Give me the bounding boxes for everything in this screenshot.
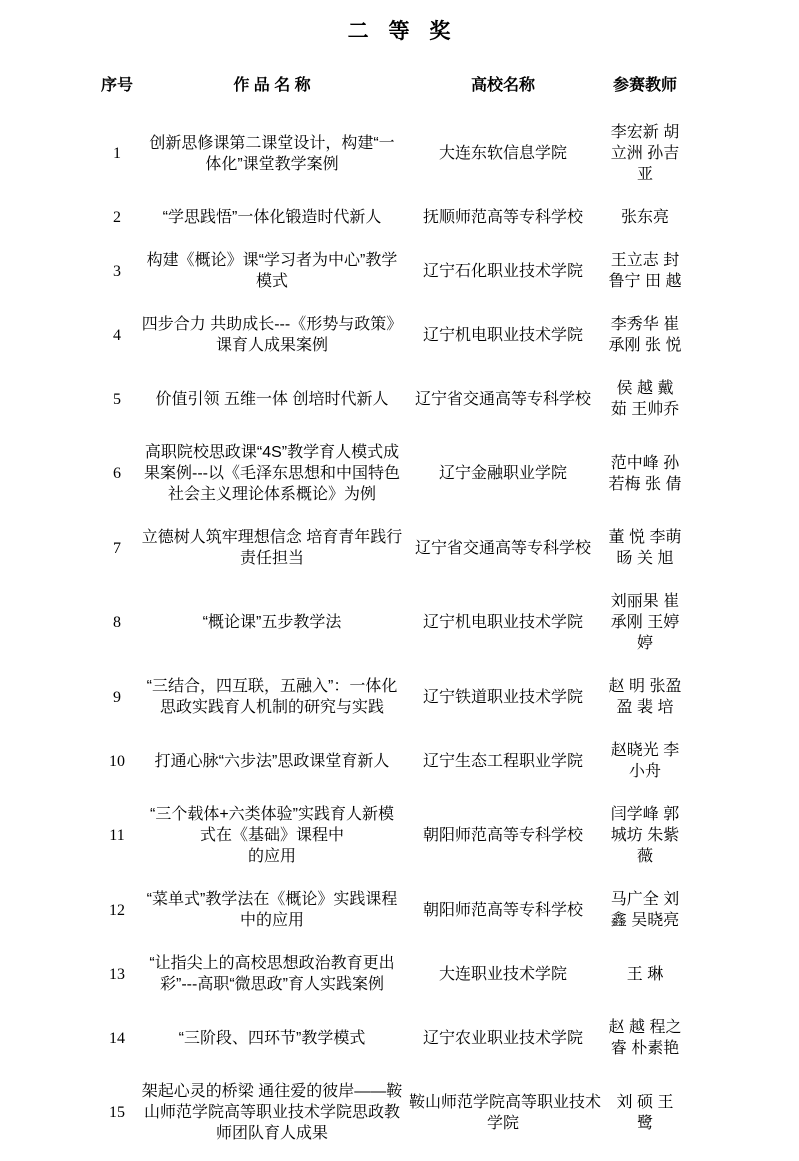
- work-title: “三阶段、四环节”教学模式: [137, 1006, 407, 1070]
- row-index: 13: [97, 942, 137, 1006]
- college-name: 辽宁省交通高等专科学校: [407, 367, 599, 431]
- college-name: 辽宁机电职业技术学院: [407, 580, 599, 665]
- row-index: 15: [97, 1070, 137, 1155]
- teacher-names: 范中峰 孙 若梅 张 倩: [599, 431, 691, 516]
- row-index: 12: [97, 878, 137, 942]
- table-row: 7立德树人筑牢理想信念 培育青年践行 责任担当辽宁省交通高等专科学校董 悦 李萌…: [97, 516, 691, 580]
- work-title: 创新思修课第二课堂设计，构建“一 体化”课堂教学案例: [137, 111, 407, 196]
- college-name: 辽宁省交通高等专科学校: [407, 516, 599, 580]
- college-name: 辽宁石化职业技术学院: [407, 239, 599, 303]
- teacher-names: 闫学峰 郭 城坊 朱紫 薇: [599, 793, 691, 878]
- college-name: 大连东软信息学院: [407, 111, 599, 196]
- college-name: 大连职业技术学院: [407, 942, 599, 1006]
- row-index: 7: [97, 516, 137, 580]
- table-row: 9“三结合，四互联，五融入”：一体化 思政实践育人机制的研究与实践辽宁铁道职业技…: [97, 665, 691, 729]
- row-index: 2: [97, 196, 137, 239]
- table-row: 4四步合力 共助成长---《形势与政策》 课育人成果案例辽宁机电职业技术学院李秀…: [97, 303, 691, 367]
- col-header-index: 序号: [97, 76, 137, 111]
- work-title: 构建《概论》课“学习者为中心”教学 模式: [137, 239, 407, 303]
- college-name: 朝阳师范高等专科学校: [407, 878, 599, 942]
- table-row: 5价值引领 五维一体 创培时代新人辽宁省交通高等专科学校侯 越 戴 茹 王帅乔: [97, 367, 691, 431]
- teacher-names: 刘 硕 王 鹭: [599, 1070, 691, 1155]
- college-name: 辽宁生态工程职业学院: [407, 729, 599, 793]
- college-name: 辽宁铁道职业技术学院: [407, 665, 599, 729]
- awards-table: 序号 作 品 名 称 高校名称 参赛教师 1创新思修课第二课堂设计，构建“一 体…: [97, 76, 691, 1155]
- row-index: 9: [97, 665, 137, 729]
- work-title: 价值引领 五维一体 创培时代新人: [137, 367, 407, 431]
- teacher-names: 刘丽果 崔 承刚 王婷 婷: [599, 580, 691, 665]
- row-index: 10: [97, 729, 137, 793]
- college-name: 抚顺师范高等专科学校: [407, 196, 599, 239]
- work-title: “三结合，四互联，五融入”：一体化 思政实践育人机制的研究与实践: [137, 665, 407, 729]
- row-index: 4: [97, 303, 137, 367]
- table-row: 10打通心脉“六步法”思政课堂育新人辽宁生态工程职业学院赵晓光 李 小舟: [97, 729, 691, 793]
- teacher-names: 马广全 刘 鑫 吴晓亮: [599, 878, 691, 942]
- row-index: 6: [97, 431, 137, 516]
- table-row: 15架起心灵的桥梁 通往爱的彼岸——鞍 山师范学院高等职业技术学院思政教 师团队…: [97, 1070, 691, 1155]
- work-title: “三个载体+六类体验”实践育人新模 式在《基础》课程中 的应用: [137, 793, 407, 878]
- teacher-names: 董 悦 李萌 旸 关 旭: [599, 516, 691, 580]
- table-row: 2“学思践悟”一体化锻造时代新人抚顺师范高等专科学校张东亮: [97, 196, 691, 239]
- table-row: 8“概论课”五步教学法辽宁机电职业技术学院刘丽果 崔 承刚 王婷 婷: [97, 580, 691, 665]
- teacher-names: 王立志 封 鲁宁 田 越: [599, 239, 691, 303]
- work-title: “概论课”五步教学法: [137, 580, 407, 665]
- work-title: 立德树人筑牢理想信念 培育青年践行 责任担当: [137, 516, 407, 580]
- college-name: 辽宁机电职业技术学院: [407, 303, 599, 367]
- table-row: 14“三阶段、四环节”教学模式辽宁农业职业技术学院赵 越 程之 睿 朴素艳: [97, 1006, 691, 1070]
- work-title: “让指尖上的高校思想政治教育更出 彩”---高职“微思政”育人实践案例: [137, 942, 407, 1006]
- table-row: 1创新思修课第二课堂设计，构建“一 体化”课堂教学案例大连东软信息学院李宏新 胡…: [97, 111, 691, 196]
- college-name: 辽宁金融职业学院: [407, 431, 599, 516]
- row-index: 11: [97, 793, 137, 878]
- college-name: 辽宁农业职业技术学院: [407, 1006, 599, 1070]
- teacher-names: 王 琳: [599, 942, 691, 1006]
- table-row: 12“菜单式”教学法在《概论》实践课程 中的应用朝阳师范高等专科学校马广全 刘 …: [97, 878, 691, 942]
- teacher-names: 李秀华 崔 承刚 张 悦: [599, 303, 691, 367]
- work-title: “学思践悟”一体化锻造时代新人: [137, 196, 407, 239]
- row-index: 1: [97, 111, 137, 196]
- teacher-names: 赵 明 张盈 盈 裴 培: [599, 665, 691, 729]
- teacher-names: 张东亮: [599, 196, 691, 239]
- row-index: 5: [97, 367, 137, 431]
- row-index: 3: [97, 239, 137, 303]
- table-header-row: 序号 作 品 名 称 高校名称 参赛教师: [97, 76, 691, 111]
- college-name: 鞍山师范学院高等职业技术 学院: [407, 1070, 599, 1155]
- teacher-names: 赵 越 程之 睿 朴素艳: [599, 1006, 691, 1070]
- work-title: 打通心脉“六步法”思政课堂育新人: [137, 729, 407, 793]
- col-header-college-name: 高校名称: [407, 76, 599, 111]
- table-row: 13“让指尖上的高校思想政治教育更出 彩”---高职“微思政”育人实践案例大连职…: [97, 942, 691, 1006]
- row-index: 14: [97, 1006, 137, 1070]
- teacher-names: 李宏新 胡 立洲 孙吉 亚: [599, 111, 691, 196]
- work-title: 高职院校思政课“4S”教学育人模式成 果案例---以《毛泽东思想和中国特色 社会…: [137, 431, 407, 516]
- table-row: 6高职院校思政课“4S”教学育人模式成 果案例---以《毛泽东思想和中国特色 社…: [97, 431, 691, 516]
- table-row: 3构建《概论》课“学习者为中心”教学 模式辽宁石化职业技术学院王立志 封 鲁宁 …: [97, 239, 691, 303]
- table-row: 11“三个载体+六类体验”实践育人新模 式在《基础》课程中 的应用朝阳师范高等专…: [97, 793, 691, 878]
- work-title: 架起心灵的桥梁 通往爱的彼岸——鞍 山师范学院高等职业技术学院思政教 师团队育人…: [137, 1070, 407, 1155]
- page-title: 二 等 奖: [0, 0, 799, 44]
- document-page: 二 等 奖 序号 作 品 名 称 高校名称 参赛教师 1创新思修课第二课堂设计，…: [0, 0, 799, 1161]
- teacher-names: 侯 越 戴 茹 王帅乔: [599, 367, 691, 431]
- work-title: “菜单式”教学法在《概论》实践课程 中的应用: [137, 878, 407, 942]
- col-header-teachers: 参赛教师: [599, 76, 691, 111]
- awards-table-body: 1创新思修课第二课堂设计，构建“一 体化”课堂教学案例大连东软信息学院李宏新 胡…: [97, 111, 691, 1155]
- college-name: 朝阳师范高等专科学校: [407, 793, 599, 878]
- teacher-names: 赵晓光 李 小舟: [599, 729, 691, 793]
- row-index: 8: [97, 580, 137, 665]
- col-header-work-title: 作 品 名 称: [137, 76, 407, 111]
- work-title: 四步合力 共助成长---《形势与政策》 课育人成果案例: [137, 303, 407, 367]
